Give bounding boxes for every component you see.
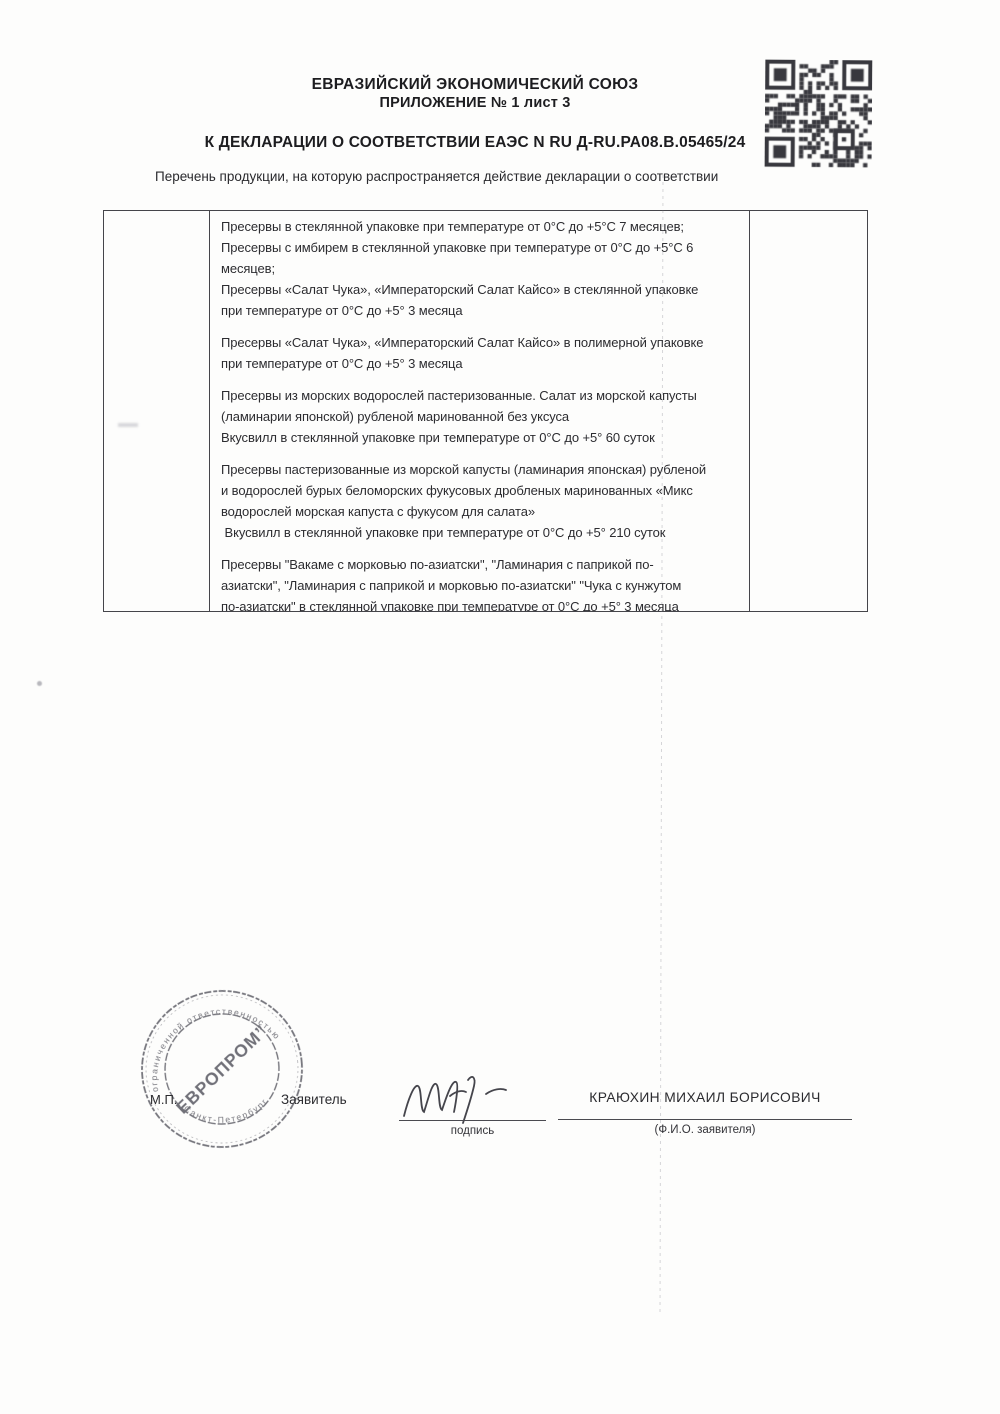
products-table: Пресервы в стеклянной упаковке при темпе… [103,210,868,612]
company-stamp: ограниченной ответственностью Санкт-Пете… [128,977,316,1160]
product-list-subtitle: Перечень продукции, на которую распростр… [155,169,718,184]
table-column-empty-left [104,211,210,611]
stamp-place-label: М.П. [150,1092,177,1107]
product-list: Пресервы в стеклянной упаковке при темпе… [210,211,750,611]
applicant-label: Заявитель [281,1092,347,1107]
signature-line [399,1120,546,1121]
table-column-empty-right [750,211,867,611]
applicant-name: КРАЮХИН МИХАИЛ БОРИСОВИЧ [558,1090,852,1105]
scan-artifact-dash [118,423,138,427]
scan-artifact-dot [37,681,42,686]
applicant-name-caption: (Ф.И.О. заявителя) [558,1124,852,1136]
qr-code-icon [765,60,873,169]
handwritten-signature [398,1072,558,1126]
applicant-name-line [558,1119,852,1120]
scanned-declaration-page: ЕВРАЗИЙСКИЙ ЭКОНОМИЧЕСКИЙ СОЮЗ ПРИЛОЖЕНИ… [0,0,1000,1414]
signature-caption: подпись [399,1125,546,1137]
